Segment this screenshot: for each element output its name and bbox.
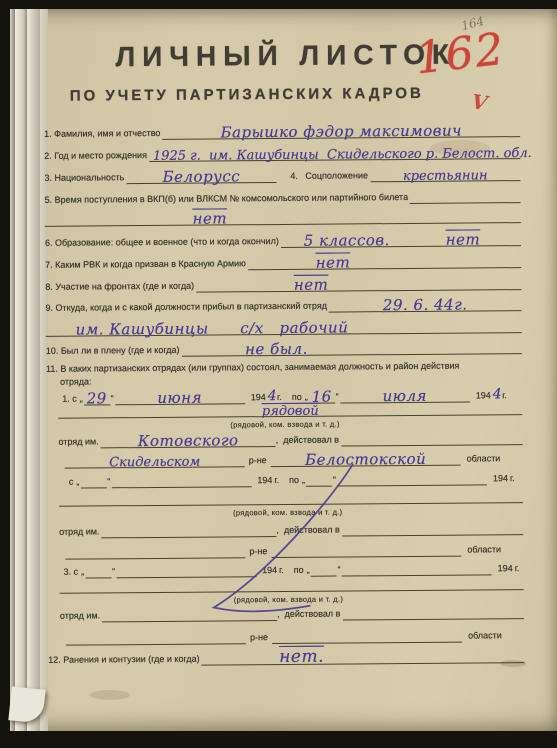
- field-label: 1. Фамилия, имя и отчество: [44, 128, 162, 141]
- intro-line-2: отряда:: [60, 376, 94, 388]
- month-line: июля: [340, 389, 470, 403]
- year-suffix: г.: [515, 563, 522, 575]
- year-digit: 4: [493, 386, 503, 402]
- field-line: нет.: [202, 650, 525, 666]
- year-printed: 194: [492, 563, 515, 575]
- day-line: [80, 475, 106, 488]
- unit-line: Котовского: [101, 434, 276, 448]
- form-content: 164 162 ЛИЧНЫЙ ЛИСТОК ПО УЧЕТУ ПАРТИЗАНС…: [0, 0, 557, 748]
- field-label: 3. Национальность: [44, 172, 126, 185]
- field-line: 5 классов. нет: [281, 233, 521, 248]
- form-subtitle: ПО УЧЕТУ ПАРТИЗАНСКИХ КАДРОВ: [70, 85, 424, 105]
- field-value: нет: [155, 209, 265, 228]
- unit-value: Котовского: [101, 431, 276, 450]
- field-line: Белорусс: [126, 170, 276, 184]
- district-line: [66, 631, 246, 645]
- field-label: 5. Время поступления в ВКП(б) или ВЛКСМ …: [45, 192, 411, 207]
- unit-label: отряд им.: [58, 436, 100, 448]
- field-label: 8. Участие на фронтах (где и когда): [45, 281, 196, 294]
- field-row-arrival-2: им. Кашубинцы с/х рабочий: [46, 320, 522, 337]
- field-row-fronts: 8. Участие на фронтах (где и когда) нет: [45, 277, 521, 294]
- unit-label: отряд им.: [59, 526, 101, 538]
- field-label: 4. Соцположение: [276, 170, 370, 183]
- field-value: 5 классов.: [287, 231, 407, 250]
- field-label: 7. Каким РВК и когда призван в Красную А…: [45, 258, 248, 272]
- rank-row: рядовой: [58, 402, 522, 419]
- field-line: Барышко фэдор максимович: [162, 124, 520, 140]
- field-line: 29. 6. 44г.: [329, 298, 522, 313]
- district-row: р-не области: [66, 629, 524, 646]
- field-value: нет: [423, 230, 503, 249]
- year-printed: 194: [245, 392, 268, 404]
- field-line: не был.: [181, 341, 521, 357]
- cancellation-stroke: [181, 454, 382, 626]
- field-label: 2. Год и место рождения: [44, 150, 149, 163]
- field-line: [410, 190, 521, 204]
- field-line: нет: [196, 277, 521, 293]
- date-prefix: 1. с: [62, 394, 79, 406]
- field-line: нет: [248, 255, 521, 270]
- rank-caption: (рядовой, ком. взвода и т. д.): [230, 420, 339, 430]
- unit-row: отряд им. Котовского , действовал в: [58, 432, 522, 449]
- oblast-label: области: [462, 630, 504, 642]
- field-label: 12. Ранения и контузии (где и когда): [48, 654, 201, 667]
- field-value: нет: [288, 253, 378, 272]
- field-row-wounds: 12. Ранения и контузии (где и когда) нет…: [48, 650, 524, 667]
- field-row-party-answer: нет: [45, 210, 521, 227]
- field-value: нет.: [247, 646, 357, 667]
- field-label: 10. Был ли в плену (где и когда): [46, 345, 182, 358]
- field-value: Барышко фэдор максимович: [162, 121, 520, 142]
- field-line: 1925 г. им. Кашубинцы Скидельского р. Бе…: [149, 146, 520, 162]
- field-value: крестьянин: [370, 168, 521, 184]
- field-label: 6. Образование: общее и военное (что и к…: [45, 236, 281, 250]
- district-label: р-не: [246, 632, 272, 644]
- rank-line: рядовой: [58, 402, 522, 419]
- field-value: не был.: [211, 340, 341, 359]
- acted-label: , действовал в: [276, 435, 341, 448]
- year-printed: 194: [470, 390, 493, 402]
- unit-label: отряд им.: [60, 610, 102, 622]
- day-line: 16: [309, 391, 335, 404]
- service-record-intro: 11. В каких партизанских отрядах (или гр…: [46, 360, 526, 376]
- field-line: нет: [45, 210, 521, 227]
- field-row-party: 5. Время поступления в ВКП(б) или ВЛКСМ …: [45, 190, 521, 207]
- field-value: нет: [266, 275, 356, 294]
- field-line: им. Кашубинцы с/х рабочий: [46, 320, 522, 337]
- year-printed: 194: [487, 473, 510, 485]
- oblast-line: [272, 630, 462, 644]
- field-value: им. Кашубинцы с/х рабочий: [76, 318, 349, 338]
- field-value: 29. 6. 44г.: [329, 295, 522, 315]
- field-line: крестьянин: [370, 168, 521, 182]
- field-value: 1925 г. им. Кашубинцы Скидельского р. Бе…: [153, 146, 520, 164]
- acted-line: [341, 432, 523, 446]
- field-row-nationality: 3. Национальность Белорусс 4. Соцположен…: [44, 168, 520, 185]
- field-row-education: 6. Образование: общее и военное (что и к…: [45, 233, 521, 250]
- field-row-surname: 1. Фамилия, имя и отчество Барышко фэдор…: [44, 124, 520, 141]
- field-row-arrival: 9. Откуда, когда и с какой должности при…: [45, 298, 521, 315]
- field-row-birth: 2. Год и место рождения 1925 г. им. Кашу…: [44, 146, 520, 163]
- field-value: Белорусс: [126, 167, 276, 186]
- check-mark: V: [470, 89, 489, 115]
- intro-line-1: 11. В каких партизанских отрядах (или гр…: [46, 361, 462, 376]
- scanned-document-frame: 164 162 ЛИЧНЫЙ ЛИСТОК ПО УЧЕТУ ПАРТИЗАНС…: [0, 0, 557, 748]
- rank-value: рядовой: [58, 402, 522, 421]
- day-line: 29: [84, 392, 110, 405]
- date-prefix: 3. с: [64, 567, 81, 579]
- day-line: [85, 565, 111, 578]
- oblast-label: области: [461, 453, 503, 465]
- month-line: июня: [115, 391, 245, 405]
- year-digit: 4: [268, 388, 278, 404]
- to-label: по: [284, 392, 304, 404]
- year-suffix: г.: [502, 390, 509, 402]
- field-label: 9. Откуда, когда и с какой должности при…: [45, 301, 329, 315]
- form-title: ЛИЧНЫЙ ЛИСТОК: [115, 39, 456, 74]
- year-suffix: г.: [510, 473, 517, 485]
- service-record-intro-2: отряда:: [60, 375, 260, 389]
- field-row-captivity: 10. Был ли в плену (где и когда) не был.: [46, 341, 522, 358]
- oblast-label: области: [461, 544, 503, 556]
- field-row-rvk: 7. Каким РВК и когда призван в Красную А…: [45, 255, 521, 272]
